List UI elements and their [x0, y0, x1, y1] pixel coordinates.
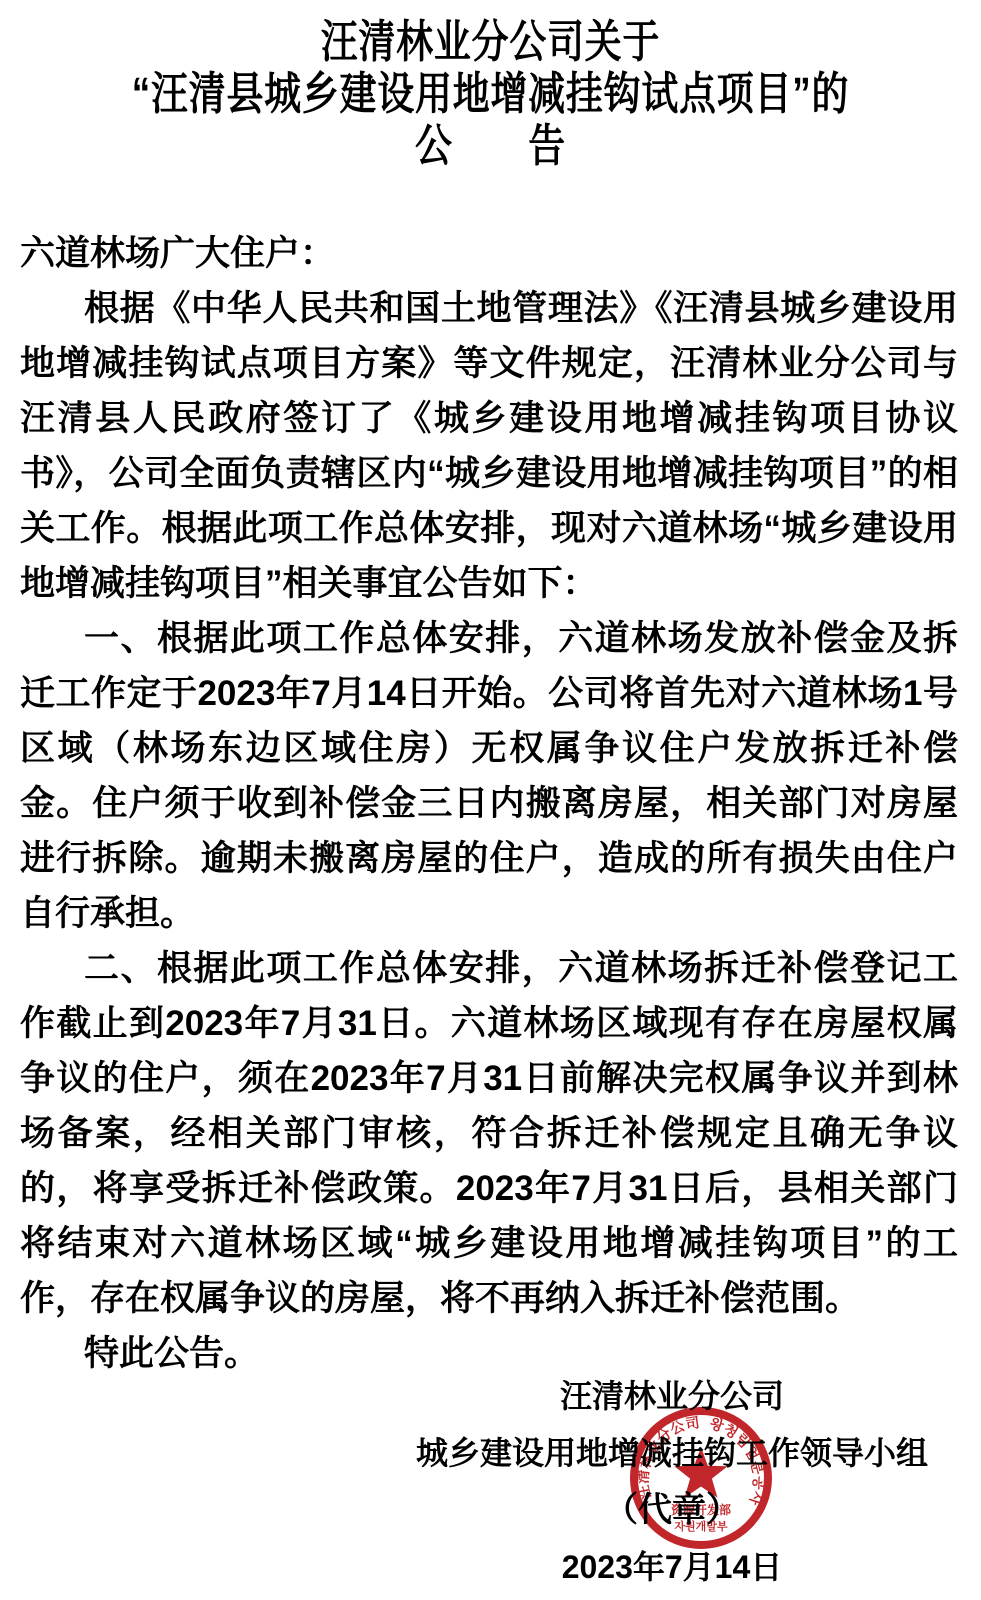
- salutation: 六道林场广大住户：: [20, 226, 958, 281]
- title-line-2: “汪清县城乡建设用地增减挂钩试点项目”的: [88, 68, 892, 120]
- paragraph-intro: 根据《中华人民共和国土地管理法》《汪清县城乡建设用地增减挂钩试点项目方案》等文件…: [20, 281, 958, 611]
- seal-dept-korean: 자원개발부: [674, 1519, 728, 1533]
- announcement-page: 汪清林业分公司关于 “汪清县城乡建设用地增减挂钩试点项目”的 公 告 六道林场广…: [0, 0, 981, 1600]
- document-body: 六道林场广大住户： 根据《中华人民共和国土地管理法》《汪清县城乡建设用地增减挂钩…: [20, 226, 958, 1381]
- title-line-3: 公 告: [88, 120, 892, 172]
- seal-arc-text-korean: 왕청림업분공사: [708, 1415, 767, 1507]
- paragraph-item-2: 二、根据此项工作总体安排，六道林场拆迁补偿登记工作截止到2023年7月31日。六…: [20, 941, 958, 1326]
- official-seal: 汪清林业分公司 왕청림업분공사 资源开发部 자원개발부: [626, 1403, 776, 1553]
- title-line-1: 汪清林业分公司关于: [88, 16, 892, 68]
- seal-star-icon: [674, 1447, 727, 1498]
- seal-dept-chinese: 资源开发部: [671, 1502, 731, 1517]
- paragraph-item-1: 一、根据此项工作总体安排，六道林场发放补偿金及拆迁工作定于2023年7月14日开…: [20, 611, 958, 941]
- document-title: 汪清林业分公司关于 “汪清县城乡建设用地增减挂钩试点项目”的 公 告: [0, 16, 981, 172]
